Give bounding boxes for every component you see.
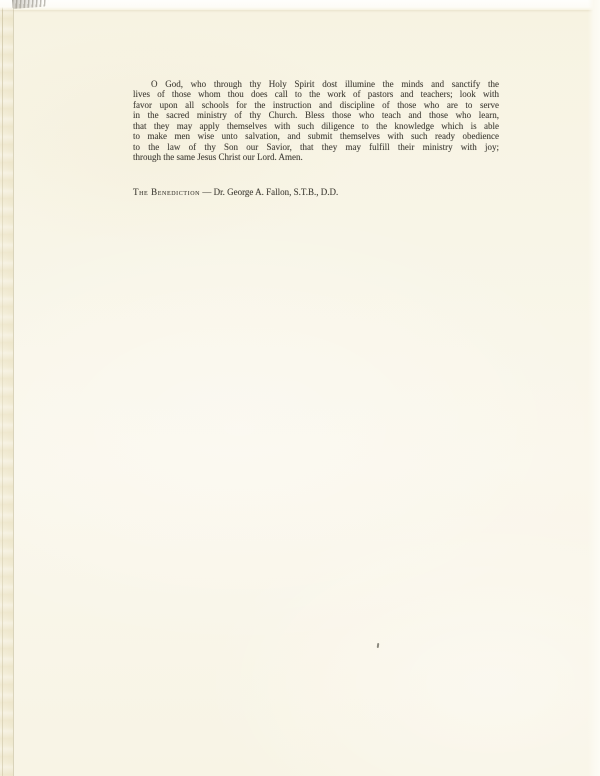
- prayer-paragraph: O God, who through thy Holy Spirit dost …: [133, 79, 499, 163]
- prayer-line: lives of those whom thou does call to th…: [133, 89, 499, 99]
- benediction-line: The Benediction — Dr. George A. Fallon, …: [133, 187, 553, 198]
- benediction-label: The Benediction: [133, 187, 200, 197]
- benediction-credit: — Dr. George A. Fallon, S.T.B., D.D.: [200, 187, 338, 197]
- prayer-line: to the law of thy Son our Savior, that t…: [133, 142, 499, 152]
- ink-speck-artifact: [377, 643, 380, 648]
- page-right-edge-strip: [588, 0, 600, 776]
- prayer-line: in the sacred ministry of thy Church. Bl…: [133, 110, 499, 120]
- prayer-line: O God, who through thy Holy Spirit dost …: [133, 79, 499, 89]
- prayer-line: through the same Jesus Christ our Lord. …: [133, 152, 499, 162]
- prayer-line: to make men wise unto salvation, and sub…: [133, 131, 499, 141]
- left-edge-crease-line: [2, 0, 3, 776]
- page-left-edge-band: [0, 0, 14, 776]
- prayer-line: that they may apply themselves with such…: [133, 121, 499, 131]
- scanned-page: O God, who through thy Holy Spirit dost …: [0, 0, 600, 776]
- page-top-edge-strip: [0, 0, 600, 10]
- prayer-line: favor upon all schools for the instructi…: [133, 100, 499, 110]
